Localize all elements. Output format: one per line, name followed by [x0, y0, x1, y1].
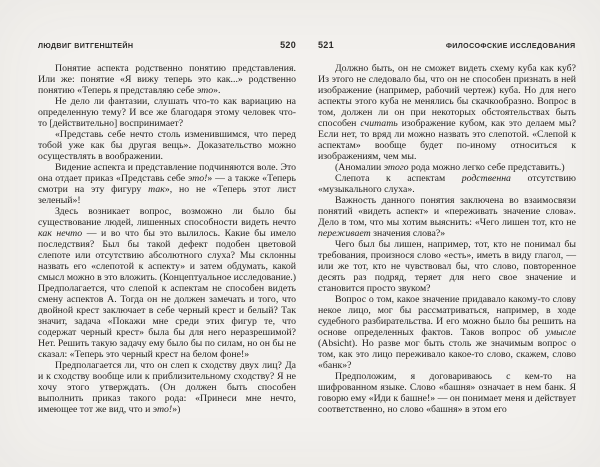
text-run-italic: умысле [546, 327, 576, 338]
text-run: Важность данного понятия заключена во вз… [318, 195, 576, 228]
left-running-header: ЛЮДВИГ ВИТГЕНШТЕЙН 520 [38, 40, 296, 50]
text-run: Здесь возникает вопрос, возможно ли было… [38, 206, 296, 228]
text-run: Понятие аспекта родственно понятию предс… [38, 63, 296, 96]
right-page: 521 ФИЛОСОФСКИЕ ИССЛЕДОВАНИЯ Должно быть… [318, 40, 576, 415]
paragraph: Предположим, я договариваюсь с кем-то на… [318, 371, 576, 415]
paragraph: Здесь возникает вопрос, возможно ли было… [38, 206, 296, 360]
author-running-head: ЛЮДВИГ ВИТГЕНШТЕЙН [38, 41, 133, 50]
paragraph: Предполагается ли, что он слеп к сходств… [38, 360, 296, 415]
text-run: — и во что бы это вылилось. Какие бы име… [38, 228, 296, 360]
paragraph: «Представь себе нечто столь изменившимся… [38, 129, 296, 162]
text-run: значения слова?» [371, 228, 445, 239]
text-run-italic: так [148, 184, 165, 195]
text-run: Чего был бы лишен, например, тот, кто не… [318, 239, 576, 294]
paragraph: Видение аспекта и представление подчиняю… [38, 162, 296, 206]
text-run-italic: родственна [462, 173, 511, 184]
right-page-text: Должно быть, он не сможет видеть схему к… [318, 63, 576, 415]
paragraph: Вопрос о том, какое значение придавало к… [318, 294, 576, 371]
paragraph: Слепота к аспектам родственна отсутствию… [318, 173, 576, 195]
text-run: Предположим, я договариваюсь с кем-то на… [318, 371, 576, 415]
left-page: ЛЮДВИГ ВИТГЕНШТЕЙН 520 Понятие аспекта р… [38, 40, 296, 415]
book-title-running-head: ФИЛОСОФСКИЕ ИССЛЕДОВАНИЯ [446, 41, 576, 50]
paragraph: Не дело ли фантазии, слушать что-то как … [38, 96, 296, 129]
right-running-header: 521 ФИЛОСОФСКИЕ ИССЛЕДОВАНИЯ [318, 40, 576, 50]
paragraph: Понятие аспекта родственно понятию предс… [38, 63, 296, 96]
text-run: Слепота к аспектам [335, 173, 462, 184]
text-run-italic: как нечто [38, 228, 82, 239]
book-spread: ЛЮДВИГ ВИТГЕНШТЕЙН 520 Понятие аспекта р… [0, 0, 600, 467]
paragraph: (Аномалии этого рода можно легко себе пр… [318, 162, 576, 173]
text-run-italic: переживает [318, 228, 371, 239]
paragraph: Важность данного понятия заключена во вз… [318, 195, 576, 239]
right-page-number: 521 [318, 40, 334, 50]
text-run: «Представь себе нечто столь изменившимся… [38, 129, 296, 162]
text-run-italic: это! [188, 173, 207, 184]
text-run: рода можно легко себе представить.) [409, 162, 565, 173]
text-run: Вопрос о том, какое значение придавало к… [318, 294, 576, 338]
text-run-italic: это [197, 85, 213, 96]
text-run-italic: считать [360, 118, 397, 129]
text-run: (Absicht). Но разве мог быть столь же зн… [318, 338, 576, 371]
text-run-italic: этого [384, 162, 409, 173]
text-run: ») [172, 404, 180, 415]
text-run-italic: это! [153, 404, 172, 415]
text-run: Не дело ли фантазии, слушать что-то как … [38, 96, 296, 129]
text-run: (Аномалии [335, 162, 384, 173]
left-page-number: 520 [280, 40, 296, 50]
text-run: ». [213, 85, 220, 96]
left-page-text: Понятие аспекта родственно понятию предс… [38, 63, 296, 415]
paragraph: Чего был бы лишен, например, тот, кто не… [318, 239, 576, 294]
paragraph: Должно быть, он не сможет видеть схему к… [318, 63, 576, 162]
